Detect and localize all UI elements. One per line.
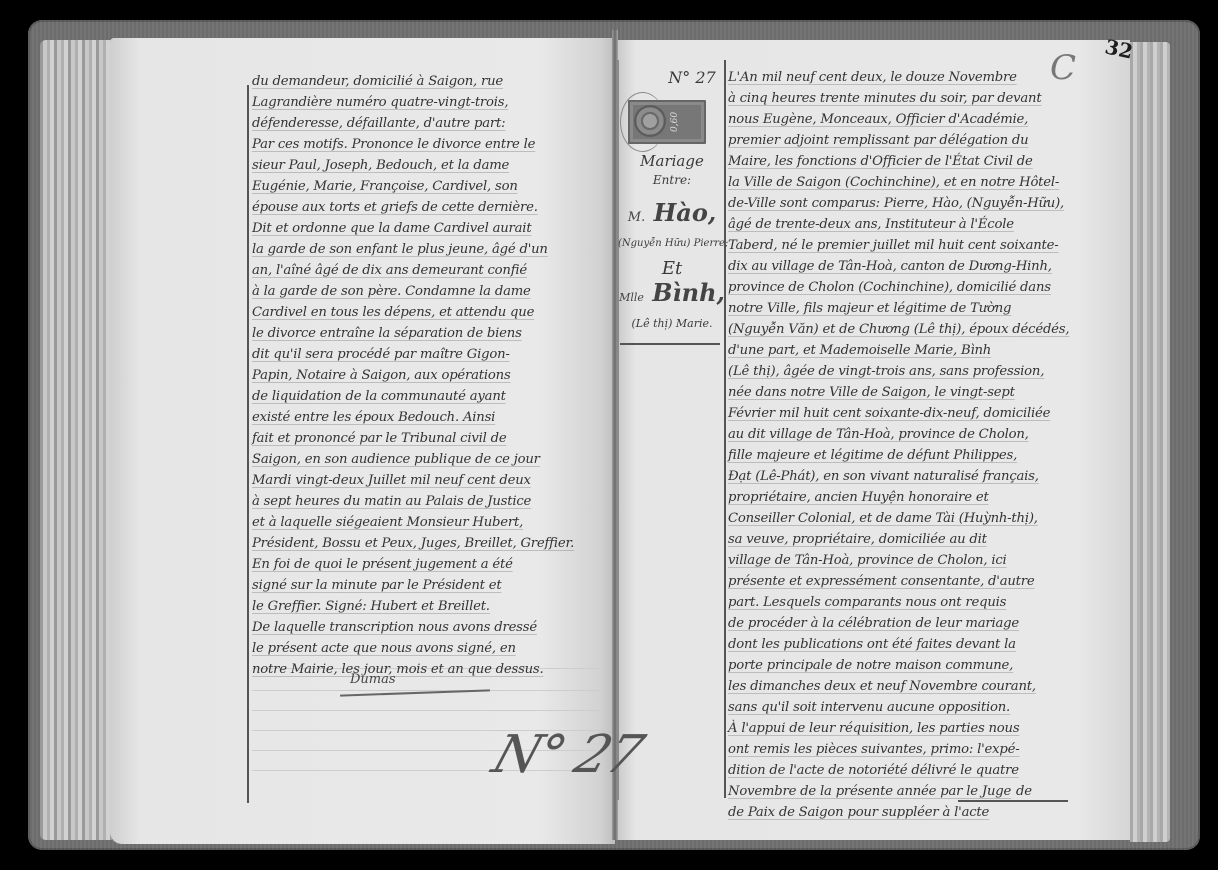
text-line: Conseiller Colonial, et de dame Tài (Huỳ… bbox=[728, 511, 1038, 526]
text-line: à cinq heures trente minutes du soir, pa… bbox=[728, 91, 1041, 106]
text-line: (Lê thị), âgée de vingt-trois ans, sans … bbox=[728, 364, 1044, 379]
text-line: épouse aux torts et griefs de cette dern… bbox=[252, 200, 538, 215]
text-line: village de Tân-Hoà, province de Cholon, … bbox=[728, 553, 1007, 568]
text-line: Eugénie, Marie, Françoise, Cardivel, son bbox=[252, 179, 518, 194]
bride-detail: (Lê thị) Marie. bbox=[618, 317, 726, 330]
text-line: part. Lesquels comparants nous ont requi… bbox=[728, 595, 1006, 610]
text-line: Saigon, en son audience publique de ce j… bbox=[252, 452, 540, 467]
bride-prefix: Mlle bbox=[619, 291, 644, 304]
text-line: dix au village de Tân-Hoà, canton de Dươ… bbox=[728, 259, 1052, 274]
entry-number-large: N° 27 bbox=[485, 725, 649, 785]
text-line: existé entre les époux Bedouch. Ainsi bbox=[252, 410, 495, 425]
text-line: dit qu'il sera procédé par maître Gigon- bbox=[252, 347, 510, 362]
text-line: du demandeur, domicilié à Saigon, rue bbox=[252, 74, 503, 89]
right-inner-rule bbox=[617, 60, 619, 800]
groom-name-line: M. Hào, bbox=[618, 198, 726, 227]
text-line: défenderesse, défaillante, d'autre part: bbox=[252, 116, 505, 131]
text-line: sieur Paul, Joseph, Bedouch, et la dame bbox=[252, 158, 509, 173]
text-line: et à laquelle siégeaient Monsieur Hubert… bbox=[252, 515, 523, 530]
bride-name-line: Mlle Bình, bbox=[618, 278, 726, 307]
text-line: de Paix de Saigon pour suppléer à l'acte bbox=[728, 805, 989, 820]
text-line: à la garde de son père. Condamne la dame bbox=[252, 284, 531, 299]
text-line: à sept heures du matin au Palais de Just… bbox=[252, 494, 531, 509]
text-line: la garde de son enfant le plus jeune, âg… bbox=[252, 242, 548, 257]
section-mark: C bbox=[1050, 48, 1076, 88]
text-line: le présent acte que nous avons signé, en bbox=[252, 641, 516, 656]
text-line: Cardivel en tous les dépens, et attendu … bbox=[252, 305, 534, 320]
left-margin-rule bbox=[247, 85, 249, 803]
stamp-seal-icon bbox=[634, 105, 666, 137]
text-line: la Ville de Saigon (Cochinchine), et en … bbox=[728, 175, 1059, 190]
text-line: le divorce entraîne la séparation de bie… bbox=[252, 326, 522, 341]
text-line: L'An mil neuf cent deux, le douze Novemb… bbox=[728, 70, 1017, 85]
signature: Dumas bbox=[350, 672, 480, 687]
text-line: De laquelle transcription nous avons dre… bbox=[252, 620, 537, 635]
and-label: Et bbox=[618, 258, 726, 279]
text-line: Par ces motifs. Prononce le divorce entr… bbox=[252, 137, 535, 152]
act-type: Mariage bbox=[618, 152, 726, 170]
text-line: âgé de trente-deux ans, Instituteur à l'… bbox=[728, 217, 1014, 232]
text-line: dont les publications ont été faites dev… bbox=[728, 637, 1016, 652]
text-line: fille majeure et légitime de défunt Phil… bbox=[728, 448, 1017, 463]
margin-separator bbox=[620, 343, 720, 345]
catchword-line: de bbox=[958, 790, 1068, 804]
text-line: les dimanches deux et neuf Novembre cour… bbox=[728, 679, 1036, 694]
text-line: de procéder à la célébration de leur mar… bbox=[728, 616, 1019, 631]
text-line: Dit et ordonne que la dame Cardivel aura… bbox=[252, 221, 531, 236]
groom-name: Hào, bbox=[654, 198, 717, 227]
text-line: Maire, les fonctions d'Officier de l'Éta… bbox=[728, 154, 1033, 169]
text-line: née dans notre Ville de Saigon, le vingt… bbox=[728, 385, 1015, 400]
text-line: sa veuve, propriétaire, domiciliée au di… bbox=[728, 532, 987, 547]
text-line: Papin, Notaire à Saigon, aux opérations bbox=[252, 368, 511, 383]
groom-prefix: M. bbox=[628, 210, 645, 225]
right-page-stack bbox=[1130, 42, 1170, 842]
text-line: fait et prononcé par le Tribunal civil d… bbox=[252, 431, 507, 446]
text-line: nous Eugène, Monceaux, Officier d'Académ… bbox=[728, 112, 1028, 127]
text-line: le Greffier. Signé: Hubert et Breillet. bbox=[252, 599, 490, 614]
text-line: Mardi vingt-deux Juillet mil neuf cent d… bbox=[252, 473, 531, 488]
fiscal-stamp: 0,60 bbox=[628, 100, 706, 144]
text-line: signé sur la minute par le Président et bbox=[252, 578, 501, 593]
text-line: porte principale de notre maison commune… bbox=[728, 658, 1013, 673]
text-line: au dit village de Tân-Hoà, province de C… bbox=[728, 427, 1029, 442]
ruled-line bbox=[252, 710, 604, 711]
right-margin-rule bbox=[724, 60, 726, 798]
text-line: Président, Bossu et Peux, Juges, Breille… bbox=[252, 536, 574, 551]
text-line: an, l'aîné âgé de dix ans demeurant conf… bbox=[252, 263, 527, 278]
text-line: propriétaire, ancien Huyện honoraire et bbox=[728, 490, 989, 505]
between-label: Entre: bbox=[618, 173, 726, 187]
text-line: d'une part, et Mademoiselle Marie, Bình bbox=[728, 343, 991, 358]
groom-detail: (Nguyễn Hữu) Pierre; bbox=[618, 238, 726, 249]
text-line: province de Cholon (Cochinchine), domici… bbox=[728, 280, 1051, 295]
text-line: À l'appui de leur réquisition, les parti… bbox=[728, 721, 1019, 736]
text-line: Taberd, né le premier juillet mil huit c… bbox=[728, 238, 1059, 253]
text-line: En foi de quoi le présent jugement a été bbox=[252, 557, 513, 572]
text-line: notre Ville, fils majeur et légitime de … bbox=[728, 301, 1011, 316]
bride-name: Bình, bbox=[652, 278, 725, 307]
text-line: Février mil huit cent soixante-dix-neuf,… bbox=[728, 406, 1050, 421]
text-line: premier adjoint remplissant par délégati… bbox=[728, 133, 1028, 148]
text-line: sans qu'il soit intervenu aucune opposit… bbox=[728, 700, 1010, 715]
catchword: de bbox=[1016, 784, 1032, 799]
text-line: de-Ville sont comparus: Pierre, Hào, (Ng… bbox=[728, 196, 1064, 211]
text-line: de liquidation de la communauté ayant bbox=[252, 389, 506, 404]
text-line: ont remis les pièces suivantes, primo: l… bbox=[728, 742, 1019, 757]
left-page-stack bbox=[40, 40, 112, 840]
text-line: Đạt (Lê-Phát), en son vivant naturalisé … bbox=[728, 469, 1039, 484]
text-line: dition de l'acte de notoriété délivré le… bbox=[728, 763, 1019, 778]
text-line: (Nguyễn Văn) et de Chương (Lê thị), épou… bbox=[728, 322, 1069, 337]
text-line: présente et expressément consentante, d'… bbox=[728, 574, 1035, 589]
stamp-value: 0,60 bbox=[670, 105, 700, 139]
text-line: Lagrandière numéro quatre-vingt-trois, bbox=[252, 95, 508, 110]
